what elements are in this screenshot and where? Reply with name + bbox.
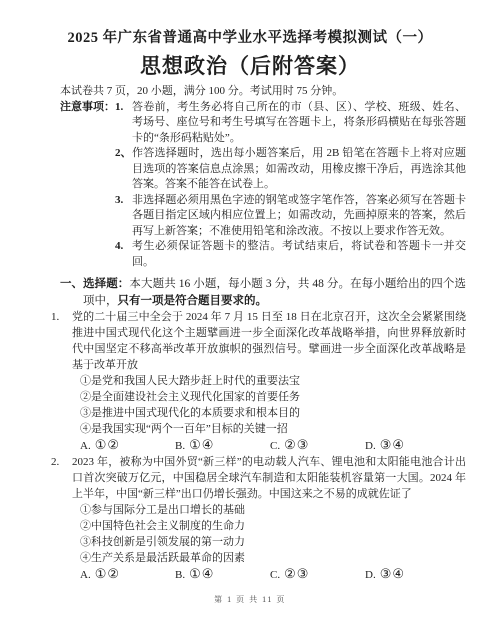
- question-body: 2023 年，被称为中国外贸“新三样”的电动载人汽车、锂电池和太阳能电池合计出口…: [72, 454, 466, 583]
- option-label: B.: [175, 569, 185, 581]
- question-body: 党的二十届三中全会于 2024 年 7 月 15 日至 18 日在北京召开，这次…: [72, 309, 466, 454]
- section-marker: 一、: [60, 276, 83, 309]
- option-value: ②③: [284, 566, 309, 581]
- notice-item-3: 3. 非选择题必须用黑色字迹的钢笔或签字笔作答，答案必须写在答题卡各题目指定区域…: [115, 193, 466, 240]
- paper-info: 本试卷共 7 页，20 小题，满分 100 分。考试用时 75 分钟。: [60, 84, 466, 100]
- question-stem: 党的二十届三中全会于 2024 年 7 月 15 日至 18 日在北京召开，这次…: [72, 309, 466, 373]
- option-value: ①②: [95, 437, 120, 452]
- notice-item-marker: 2、: [115, 146, 132, 193]
- subject-title: 思想政治（后附答案）: [0, 52, 500, 80]
- question-number: 2.: [51, 454, 72, 583]
- statement-line: ①参与国际分工是出口增长的基础: [80, 502, 466, 518]
- option-label: D.: [365, 569, 376, 581]
- notice-item-text: 考生必须保证答题卡的整洁。考试结束后，将试卷和答题卡一并交回。: [132, 239, 466, 270]
- statement-line: ③是推进中国式现代化的本质要求和根本目的: [80, 405, 466, 421]
- statement-line: ④是我国实现“两个一百年”目标的关键一招: [80, 421, 466, 437]
- option-label: C.: [270, 440, 280, 452]
- question-stem: 2023 年，被称为中国外贸“新三样”的电动载人汽车、锂电池和太阳能电池合计出口…: [72, 454, 466, 502]
- option-label: B.: [175, 440, 185, 452]
- question-1: 1. 党的二十届三中全会于 2024 年 7 月 15 日至 18 日在北京召开…: [51, 309, 466, 454]
- option-label: D.: [365, 440, 376, 452]
- notice-items: 1. 答卷前，考生务必将自己所在的市（县、区）、学校、班级、姓名、考场号、座位号…: [115, 100, 466, 271]
- section-header-choice-questions: 一、 选择题：本大题共 16 小题，每小题 3 分，共 48 分。在每小题给出的…: [60, 276, 466, 309]
- section-label: 选择题：: [83, 278, 129, 290]
- question-number: 1.: [51, 309, 72, 454]
- question-2: 2. 2023 年，被称为中国外贸“新三样”的电动载人汽车、锂电池和太阳能电池合…: [51, 454, 466, 583]
- option-value: ①②: [95, 566, 120, 581]
- option-label: A.: [80, 569, 91, 581]
- page-number-footer: 第 1 页 共 11 页: [0, 594, 500, 605]
- notice-label: 注意事项：: [60, 100, 115, 271]
- option-d: D.③④: [365, 437, 460, 454]
- statement-line: ①是党和我国人民大踏步赶上时代的重要法宝: [80, 373, 466, 389]
- notice-item-text: 非选择题必须用黑色字迹的钢笔或签字笔作答，答案必须写在答题卡各题目指定区域内相应…: [132, 193, 466, 240]
- option-label: A.: [80, 440, 91, 452]
- option-b: B.①④: [175, 437, 270, 454]
- option-value: ①④: [189, 437, 214, 452]
- exam-paper-page: 2025 年广东省普通高中学业水平选择考模拟测试（一） 思想政治（后附答案） 本…: [0, 0, 500, 619]
- question-statements: ①是党和我国人民大踏步赶上时代的重要法宝 ②是全面建设社会主义现代化国家的首要任…: [72, 373, 466, 437]
- option-a: A.①②: [80, 566, 175, 583]
- option-d: D.③④: [365, 566, 460, 583]
- option-b: B.①④: [175, 566, 270, 583]
- option-value: ①④: [189, 566, 214, 581]
- question-options: A.①② B.①④ C.②③ D.③④: [72, 566, 466, 583]
- notice-item-2: 2、 作答选择题时，选出每小题答案后，用 2B 铅笔在答题卡上将对应题目选项的答…: [115, 146, 466, 193]
- notice-item-text: 答卷前，考生务必将自己所在的市（县、区）、学校、班级、姓名、考场号、座位号和考生…: [132, 100, 466, 147]
- notice-item-4: 4. 考生必须保证答题卡的整洁。考试结束后，将试卷和答题卡一并交回。: [115, 239, 466, 270]
- option-label: C.: [270, 569, 280, 581]
- section-text: 选择题：本大题共 16 小题，每小题 3 分，共 48 分。在每小题给出的四个选…: [83, 276, 466, 309]
- section-intro-bold: 只有一项是符合题目要求的。: [118, 295, 268, 307]
- question-options: A.①② B.①④ C.②③ D.③④: [72, 437, 466, 454]
- option-c: C.②③: [270, 437, 365, 454]
- notice-block: 注意事项： 1. 答卷前，考生务必将自己所在的市（县、区）、学校、班级、姓名、考…: [60, 100, 466, 271]
- statement-line: ③科技创新是引领发展的第一动力: [80, 534, 466, 550]
- notice-item-marker: 3.: [115, 193, 132, 240]
- statement-line: ②是全面建设社会主义现代化国家的首要任务: [80, 389, 466, 405]
- option-a: A.①②: [80, 437, 175, 454]
- option-value: ③④: [380, 437, 405, 452]
- notice-item-1: 1. 答卷前，考生务必将自己所在的市（县、区）、学校、班级、姓名、考场号、座位号…: [115, 100, 466, 147]
- question-statements: ①参与国际分工是出口增长的基础 ②中国特色社会主义制度的生命力 ③科技创新是引领…: [72, 502, 466, 566]
- option-value: ③④: [380, 566, 405, 581]
- exam-title: 2025 年广东省普通高中学业水平选择考模拟测试（一）: [0, 28, 500, 48]
- option-value: ②③: [284, 437, 309, 452]
- notice-item-marker: 1.: [115, 100, 132, 147]
- statement-line: ④生产关系是最活跃最革命的因素: [80, 550, 466, 566]
- notice-item-marker: 4.: [115, 239, 132, 270]
- notice-item-text: 作答选择题时，选出每小题答案后，用 2B 铅笔在答题卡上将对应题目选项的答案信息…: [132, 146, 466, 193]
- statement-line: ②中国特色社会主义制度的生命力: [80, 518, 466, 534]
- option-c: C.②③: [270, 566, 365, 583]
